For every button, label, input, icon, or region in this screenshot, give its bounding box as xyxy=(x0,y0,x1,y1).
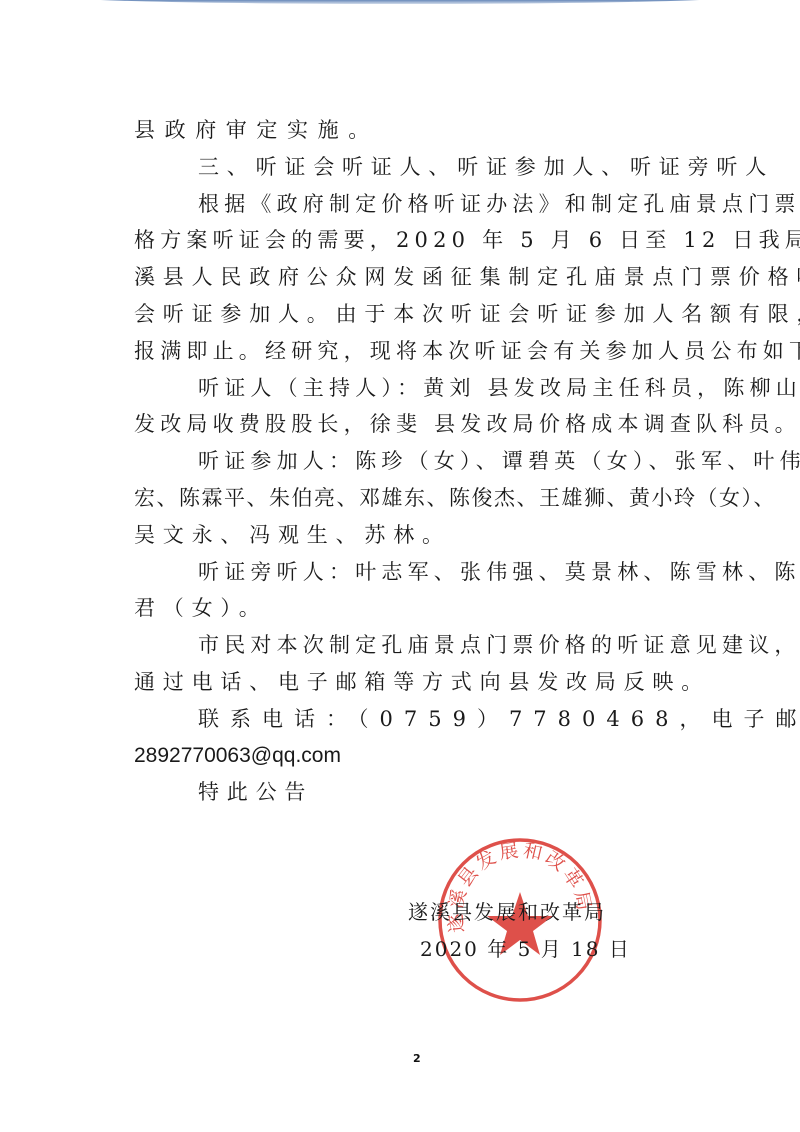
paragraph-line: 听证参加人：陈珍（女）、谭碧英（女）、张军、叶伟 xyxy=(134,443,686,480)
paragraph-line: 报满即止。经研究，现将本次听证会有关参加人员公布如下： xyxy=(134,333,686,370)
page-number: 2 xyxy=(413,1052,421,1065)
closing-text: 特此公告 xyxy=(134,774,686,811)
email-address: 2892770063@qq.com xyxy=(134,738,686,775)
paragraph-line: 通过电话、电子邮箱等方式向县发改局反映。 xyxy=(134,664,686,701)
paragraph-line: 市民对本次制定孔庙景点门票价格的听证意见建议，可 xyxy=(134,627,686,664)
paragraph-line: 宏、陈霖平、朱伯亮、邓雄东、陈俊杰、王雄狮、黄小玲（女）、 xyxy=(134,480,686,517)
paragraph-line: 县政府审定实施。 xyxy=(134,112,686,149)
paragraph-line: 溪县人民政府公众网发函征集制定孔庙景点门票价格听证 xyxy=(134,259,686,296)
paragraph-line: 格方案听证会的需要，2020 年 5 月 6 日至 12 日我局通过遂 xyxy=(134,222,686,259)
paragraph-line: 君（女）。 xyxy=(134,590,686,627)
signature-block: 遂溪县发展和改革局 2020 年 5 月 18 日 xyxy=(408,894,668,968)
paragraph-line: 会听证参加人。由于本次听证会听证参加人名额有限，名额 xyxy=(134,296,686,333)
paragraph-line: 根据《政府制定价格听证办法》和制定孔庙景点门票价 xyxy=(134,186,686,223)
paragraph-line: 听证旁听人：叶志军、张伟强、莫景林、陈雪林、陈俏 xyxy=(134,554,686,591)
paragraph-line: 吴文永、冯观生、苏林。 xyxy=(134,517,686,554)
scan-edge xyxy=(40,0,760,4)
paragraph-line: 听证人（主持人）：黄刘 县发改局主任科员，陈柳山 县 xyxy=(134,370,686,407)
document-body: 县政府审定实施。 三、听证会听证人、听证参加人、听证旁听人 根据《政府制定价格听… xyxy=(134,112,686,811)
section-heading: 三、听证会听证人、听证参加人、听证旁听人 xyxy=(134,149,686,186)
issue-date: 2020 年 5 月 18 日 xyxy=(408,931,668,968)
issuing-organization: 遂溪县发展和改革局 xyxy=(408,894,668,931)
paragraph-line: 发改局收费股股长，徐斐 县发改局价格成本调查队科员。 xyxy=(134,406,686,443)
contact-line: 联系电话：（0759）7780468，电子邮箱： xyxy=(134,701,686,738)
